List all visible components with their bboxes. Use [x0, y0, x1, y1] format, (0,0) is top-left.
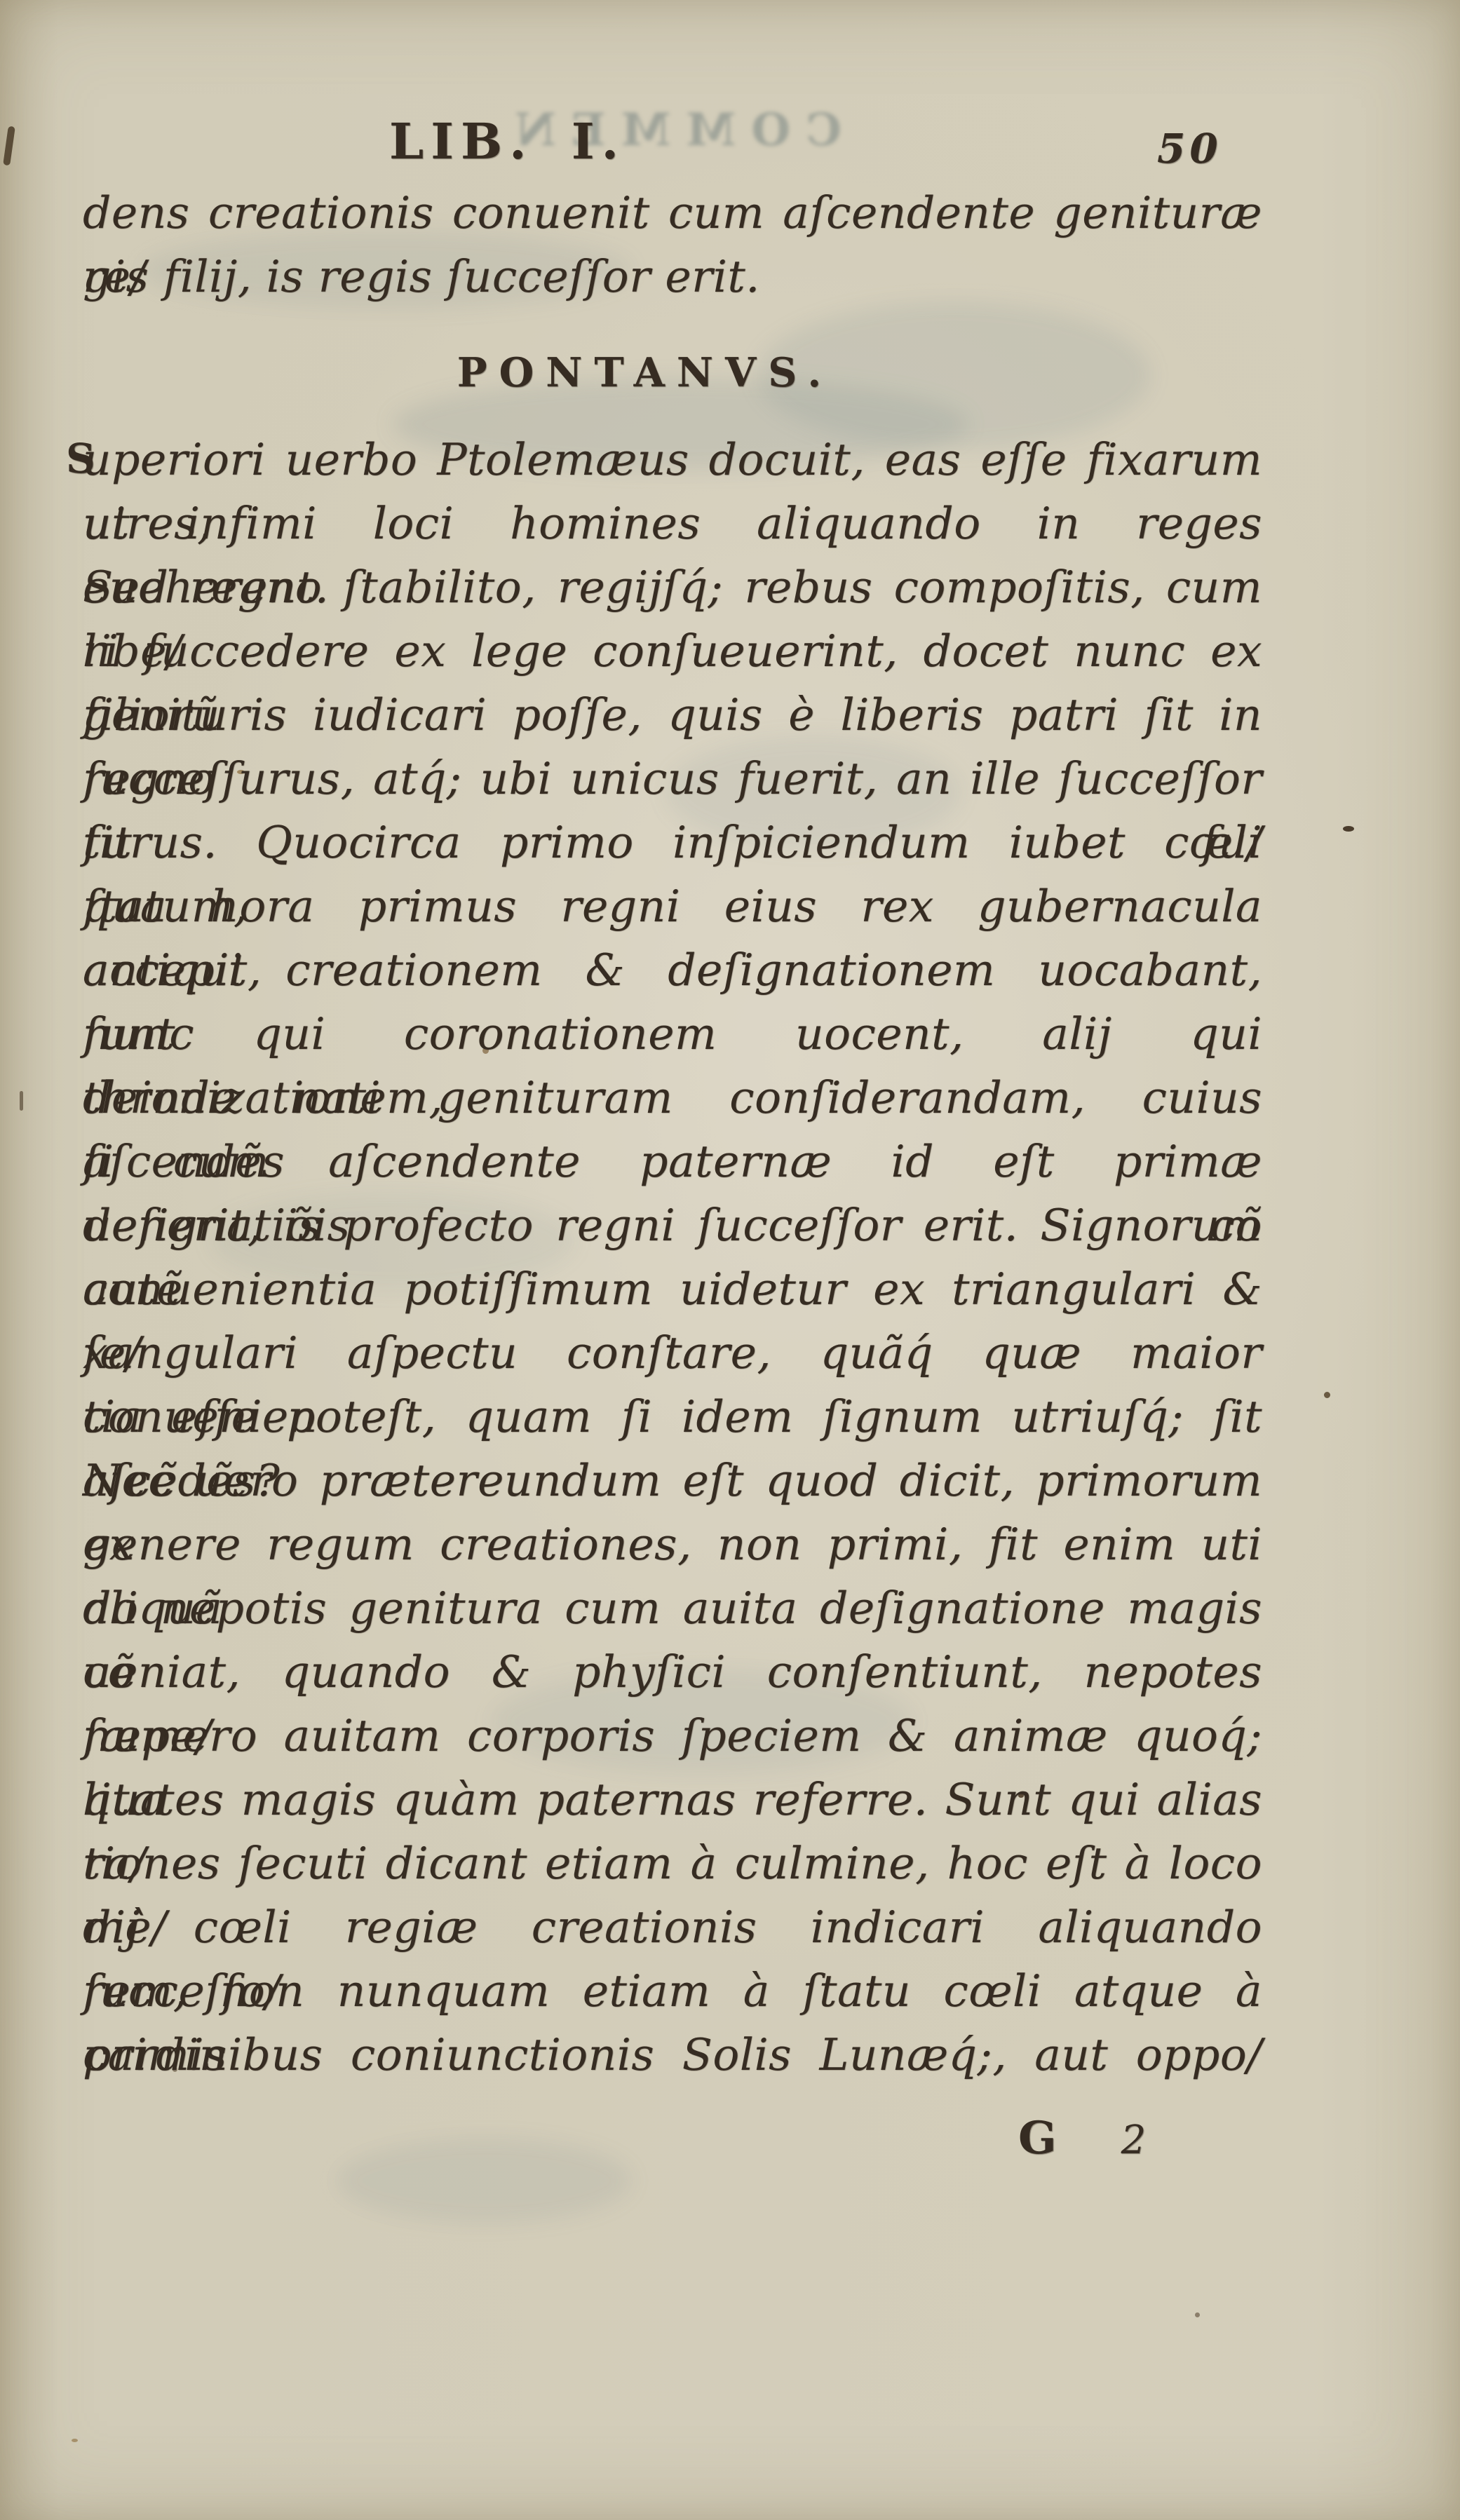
bleedthrough-smudge [337, 2139, 631, 2223]
foxing-speck [3, 126, 15, 166]
body-text-line: dij cœli regiæ creationis indicari aliqu… [83, 1895, 1262, 1959]
body-text-line: rem, non nunquam etiam à ſtatu cœli atqu… [83, 1959, 1262, 2023]
intro-text-line: dens creationis conuenit cum aſcendente … [83, 181, 1262, 245]
body-text-line: ſunt qui coronationem uocent, alij qui t… [83, 1002, 1262, 1066]
body-text-line: uenerit, is profecto regni ſucceſſor eri… [83, 1193, 1262, 1257]
body-text-line: qua hora primus regni eius rex gubernacu… [83, 874, 1262, 938]
body-text-line: Sed regno ſtabilito, regijſq́; rebus com… [83, 555, 1262, 619]
body-text-line: tia eſſe poteſt, quam ſi idem ſignum utr… [83, 1385, 1262, 1449]
body-text-line: genere regum creationes, non primi, fit … [83, 1512, 1262, 1576]
paragraph-initial: S [66, 435, 95, 482]
signature-letter: G [1018, 2112, 1057, 2165]
foxing-speck [1195, 2312, 1200, 2317]
running-title: LIB. I. [389, 112, 626, 170]
body-text-line: ut infimi loci homines aliquando in rege… [83, 492, 1262, 555]
folio-number: 50 [1157, 125, 1222, 172]
commentary-paragraph: S uperiori uerbo Ptolemæus docuit, eas e… [83, 428, 1262, 2087]
foxing-speck [72, 2439, 78, 2442]
body-text-line: ſi cum aſcendente paternæ id eſt primæ d… [83, 1130, 1262, 1193]
body-text-line: antiqui creationem & deſignationem uocab… [83, 938, 1262, 1002]
foxing-speck [1324, 1392, 1330, 1398]
body-text-line: ri ſuccedere ex lege conſueuerint, docet… [83, 619, 1262, 683]
book-page-scan: COMMEN LIB. I. 50 dens creationis conuen… [0, 0, 1460, 2520]
body-text-line: tiones ſecuti dicant etiam à culmine, ho… [83, 1831, 1262, 1895]
section-heading: PONTANVS. [0, 349, 1290, 396]
body-text-line: uperiori uerbo Ptolemæus docuit, eas eſſ… [83, 428, 1262, 492]
signature-numeral: 2 [1121, 2118, 1147, 2163]
foxing-speck [1343, 826, 1354, 832]
signature-mark: G2 [1018, 2112, 1146, 2165]
commentary-lines: uperiori uerbo Ptolemæus docuit, eas eſſ… [83, 428, 1262, 2087]
intro-text-line: gis filij, is regis ſucceſſor erit. [83, 245, 1262, 309]
body-text-line: ueniat, quando & phyſici conſentiunt, ne… [83, 1640, 1262, 1704]
body-text-line: genituris iudicari poſſe, quis è liberis… [83, 683, 1262, 747]
body-text-line: ſucceſſurus, atq́; ubi unicus fuerit, an… [83, 747, 1262, 811]
body-text-line: conuenientia potiſſimum uidetur ex trian… [83, 1257, 1262, 1321]
paragraph-continuation: dens creationis conuenit cum aſcendente … [83, 181, 1262, 309]
body-text-line: litates magis quàm paternas referre. Sun… [83, 1768, 1262, 1831]
body-text-line: cardinibus coniunctionis Solis Lunæq́;, … [83, 2023, 1262, 2087]
body-text-line: Nec uero prætereundum eſt quod dicit, pr… [83, 1449, 1262, 1512]
body-text-line: turus. Quocirca primo inſpiciendum iubet… [83, 811, 1262, 874]
body-text-line: numero auitam corporis ſpeciem & animæ q… [83, 1704, 1262, 1768]
body-text-line: xangulari aſpectu conſtare, quãq́ quæ ma… [83, 1321, 1262, 1385]
body-text-line: deinde nati genituram conſiderandam, cui… [83, 1066, 1262, 1130]
body-text-line: do nepotis genitura cum auita deſignatio… [83, 1576, 1262, 1640]
foxing-speck [20, 1091, 23, 1111]
